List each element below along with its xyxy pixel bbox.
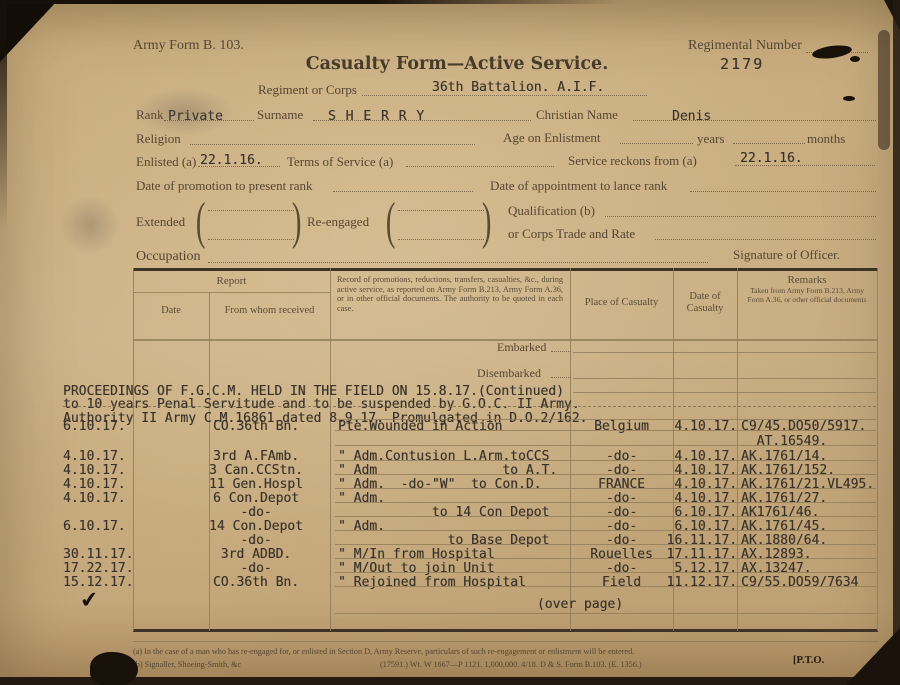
table-row: -do- to Base Depot-do-16.11.17.AK.1880/6…: [0, 533, 900, 548]
footnote-b: (b) Signaller, Shoeing-Smith, &c: [133, 660, 241, 669]
dotted-line: [208, 210, 294, 211]
pen-mark: ✔: [79, 587, 103, 611]
open-brace: (: [196, 199, 206, 245]
row-rule: [63, 406, 876, 407]
remarks-cell: AK1761/46.: [741, 505, 887, 520]
row-rule: [335, 544, 876, 545]
from-whom-cell: 11 Gen.Hospl: [192, 477, 320, 492]
months-label: months: [807, 131, 845, 147]
from-whom-cell: 6 Con.Depot: [192, 491, 320, 506]
scan-edge-right: [893, 0, 900, 685]
report-date-cell: 6.10.17.: [63, 519, 163, 534]
regiment-value: 36th Battalion. A.I.F.: [432, 80, 604, 95]
remarks-cell: AK.1761/14.: [741, 449, 887, 464]
dotted-line: [551, 377, 571, 378]
form-number: Army Form B. 103.: [133, 38, 244, 54]
remarks-cell: AX.12893.: [741, 547, 887, 562]
dotted-line: [733, 143, 805, 144]
embarked-label: Embarked: [497, 340, 546, 355]
surname-value: S H E R R Y: [328, 109, 425, 124]
place-header: Place of Casualty: [572, 297, 671, 308]
torn-edge-right: [878, 30, 890, 150]
row-rule: [335, 460, 876, 461]
report-date-cell: 15.12.17.: [63, 575, 163, 590]
christian-name-label: Christian Name: [536, 107, 618, 123]
record-cell: " M/In from Hospital: [338, 547, 578, 562]
embarked-rule: [573, 352, 876, 353]
scan-edge-top: [0, 0, 620, 4]
dotted-line: [605, 216, 876, 217]
disembarked-rule: [573, 378, 876, 379]
casualty-date-cell: 6.10.17.: [660, 505, 737, 520]
table-top-border: [133, 268, 878, 271]
ink-blot: [90, 652, 138, 685]
qualification-label: Qualification (b): [508, 203, 595, 219]
casualty-date-cell: [660, 434, 737, 449]
dotted-line: [398, 210, 484, 211]
surname-label: Surname: [257, 107, 303, 123]
place-cell: Rouelles: [572, 547, 671, 562]
report-subrule: [133, 292, 330, 293]
casualty-date-cell: 5.12.17.: [660, 561, 737, 576]
record-cell: " Adm.: [338, 491, 578, 506]
remarks-cell: AX.13247.: [741, 561, 887, 576]
row-rule: [335, 516, 876, 517]
date-of-casualty-header: Date of Casualty: [675, 291, 735, 315]
remarks-cell: AK.1761/21.VL495.: [741, 477, 887, 492]
report-date-cell: 4.10.17.: [63, 491, 163, 506]
reckons-label: Service reckons from (a): [568, 153, 697, 169]
remarks-cell: AK.1761/45.: [741, 519, 887, 534]
report-date-cell: 30.11.17.: [63, 547, 163, 562]
table-row: 6.10.17.14 Con.Depot" Adm.-do-6.10.17.AK…: [0, 519, 900, 534]
report-header: Report: [133, 275, 330, 287]
table-row: -do- to 14 Con Depot-do-6.10.17.AK1761/4…: [0, 505, 900, 520]
dotted-line: [362, 95, 647, 96]
reengaged-label: Re-engaged: [307, 214, 369, 230]
ink-blot: [811, 43, 852, 60]
place-cell: Belgium: [572, 419, 671, 434]
date-header: Date: [133, 305, 209, 316]
from-whom-cell: [192, 434, 320, 449]
casualty-date-cell: 4.10.17.: [660, 463, 737, 478]
record-cell: " Rejoined from Hospital: [338, 575, 578, 590]
pencil-smudge: [135, 88, 235, 136]
from-whom-cell: -do-: [192, 505, 320, 520]
place-cell: -do-: [572, 561, 671, 576]
scan-corner-top-left: [0, 0, 58, 62]
reckons-value: 22.1.16.: [740, 151, 803, 166]
row-rule: [335, 572, 876, 573]
signature-label: Signature of Officer.: [733, 247, 840, 263]
record-cell: to Base Depot: [338, 533, 578, 548]
dotted-line: [690, 191, 876, 192]
row-rule: [335, 430, 876, 431]
casualty-date-cell: 16.11.17.: [660, 533, 737, 548]
place-cell: -do-: [572, 491, 671, 506]
place-cell: -do-: [572, 533, 671, 548]
close-brace: ): [482, 199, 492, 245]
remarks-cell: AT.16549.: [741, 434, 887, 449]
dotted-line: [735, 165, 875, 166]
record-cell: " Adm.: [338, 519, 578, 534]
report-date-cell: 4.10.17.: [63, 463, 163, 478]
terms-label: Terms of Service (a): [287, 154, 393, 170]
place-cell: Field: [572, 575, 671, 590]
row-rule: [335, 445, 876, 446]
corps-trade-label: or Corps Trade and Rate: [508, 226, 635, 242]
ink-speck: [843, 96, 855, 101]
ink-blot: [850, 56, 860, 62]
lance-label: Date of appointment to lance rank: [490, 178, 667, 194]
pencil-smudge: [60, 195, 120, 255]
casualty-date-cell: 4.10.17.: [660, 419, 737, 434]
remarks-cell: AK.1880/64.: [741, 533, 887, 548]
record-cell: " Adm.Contusion L.Arm.toCCS: [338, 449, 578, 464]
table-row: 6.10.17.CO.36th Bn.Pte.Wounded in Action…: [0, 419, 900, 434]
disembarked-label: Disembarked: [477, 366, 541, 381]
report-date-cell: [63, 533, 163, 548]
page-title: Casualty Form—Active Service.: [262, 54, 652, 74]
preamble-line: to 10 years Penal Servitude and to be su…: [63, 397, 580, 412]
place-cell: FRANCE: [572, 477, 671, 492]
from-whom-cell: 3rd A.FAmb.: [192, 449, 320, 464]
from-whom-cell: -do-: [192, 533, 320, 548]
table-row: 30.11.17.3rd ADBD." M/In from HospitalRo…: [0, 547, 900, 562]
age-label: Age on Enlistment: [503, 130, 601, 146]
report-date-cell: 17.22.17.: [63, 561, 163, 576]
row-rule: [335, 586, 876, 587]
dotted-line: [398, 239, 484, 240]
remarks-cell: AK.1761/152.: [741, 463, 887, 478]
enlisted-label: Enlisted (a): [136, 154, 196, 170]
remarks-subheader: Taken from Army Form B.213, Army Form A.…: [745, 287, 869, 305]
print-line: (17591.) Wt. W 1667—P 1121. 1,000,000. 4…: [380, 660, 642, 669]
place-cell: -do-: [572, 519, 671, 534]
report-date-cell: 6.10.17.: [63, 419, 163, 434]
from-whom-cell: 3rd ADBD.: [192, 547, 320, 562]
dotted-line: [406, 166, 554, 167]
dotted-line: [208, 262, 708, 263]
dotted-line: [633, 120, 876, 121]
table-row: 4.10.17.3rd A.FAmb." Adm.Contusion L.Arm…: [0, 449, 900, 464]
place-cell: [572, 434, 671, 449]
place-cell: -do-: [572, 449, 671, 464]
table-row: 4.10.17.3 Can.CCStn." Adm to A.T.-do-4.1…: [0, 463, 900, 478]
close-brace: ): [292, 199, 302, 245]
record-cell: Pte.Wounded in Action: [338, 419, 578, 434]
casualty-date-cell: 4.10.17.: [660, 491, 737, 506]
table-row: AT.16549.: [0, 434, 900, 449]
record-cell: " Adm. -do-"W" to Con.D.: [338, 477, 578, 492]
regiment-label: Regiment or Corps: [258, 82, 357, 98]
remarks-cell: C9/45.DO50/5917.: [741, 419, 887, 434]
casualty-date-cell: 4.10.17.: [660, 477, 737, 492]
table-row: 4.10.17.11 Gen.Hospl" Adm. -do-"W" to Co…: [0, 477, 900, 492]
remarks-cell: AK.1761/27.: [741, 491, 887, 506]
footnote-a: (a) In the case of a man who has re-enga…: [133, 647, 634, 656]
dotted-line: [208, 239, 294, 240]
from-whom-cell: CO.36th Bn.: [192, 575, 320, 590]
casualty-date-cell: 4.10.17.: [660, 449, 737, 464]
occupation-label: Occupation: [136, 249, 201, 265]
place-cell: -do-: [572, 463, 671, 478]
promotion-label: Date of promotion to present rank: [136, 178, 313, 194]
report-date-cell: [63, 505, 163, 520]
table-row: 17.22.17.-do-" M/Out to join Unit-do-5.1…: [0, 561, 900, 576]
row-rule: [335, 488, 876, 489]
record-cell: " Adm to A.T.: [338, 463, 578, 478]
over-page-note: (over page): [490, 597, 670, 612]
table-row: 15.12.17.CO.36th Bn." Rejoined from Hosp…: [0, 575, 900, 590]
record-cell: to 14 Con Depot: [338, 505, 578, 520]
remarks-header: Remarks: [739, 274, 875, 286]
regimental-number-value: 2179: [720, 55, 764, 73]
table-row: 4.10.17.6 Con.Depot" Adm.-do-4.10.17.AK.…: [0, 491, 900, 506]
footer-rule: [133, 641, 878, 642]
open-brace: (: [386, 199, 396, 245]
dotted-line: [551, 351, 571, 352]
from-whom-cell: 3 Can.CCStn.: [192, 463, 320, 478]
record-cell: " M/Out to join Unit: [338, 561, 578, 576]
row-rule: [335, 502, 876, 503]
from-whom-cell: 14 Con.Depot: [192, 519, 320, 534]
record-cell: [338, 434, 578, 449]
report-date-cell: [63, 434, 163, 449]
dotted-line: [190, 144, 475, 145]
dotted-line: [333, 191, 473, 192]
dotted-line: [620, 143, 693, 144]
dotted-line: [198, 166, 280, 167]
scan-edge-left: [0, 0, 7, 230]
remarks-cell: C9/55.DO59/7634: [741, 575, 887, 590]
casualty-date-cell: 17.11.17.: [660, 547, 737, 562]
row-rule: [335, 474, 876, 475]
pto-label: [P.T.O.: [793, 655, 824, 666]
report-date-cell: 4.10.17.: [63, 449, 163, 464]
table-bottom-border: [133, 629, 878, 632]
record-header: Record of promotions, reductions, transf…: [337, 275, 563, 313]
place-cell: -do-: [572, 505, 671, 520]
casualty-date-cell: 6.10.17.: [660, 519, 737, 534]
report-date-cell: 4.10.17.: [63, 477, 163, 492]
dotted-line: [655, 239, 876, 240]
from-whom-cell: CO.36th Bn.: [192, 419, 320, 434]
casualty-date-cell: 11.12.17.: [660, 575, 737, 590]
regimental-number-label: Regimental Number: [688, 38, 802, 54]
row-rule: [573, 392, 876, 393]
extended-label: Extended: [136, 214, 185, 230]
from-whom-cell: -do-: [192, 561, 320, 576]
row-rule: [335, 558, 876, 559]
years-label: years: [697, 131, 724, 147]
row-rule: [335, 613, 876, 614]
from-whom-header: From whom received: [209, 305, 330, 316]
row-rule: [335, 530, 876, 531]
christian-name-value: Denis: [672, 109, 711, 124]
scan-edge-bottom: [0, 677, 900, 685]
casualty-form-scan: Army Form B. 103. Regimental Number 2179…: [0, 0, 900, 685]
